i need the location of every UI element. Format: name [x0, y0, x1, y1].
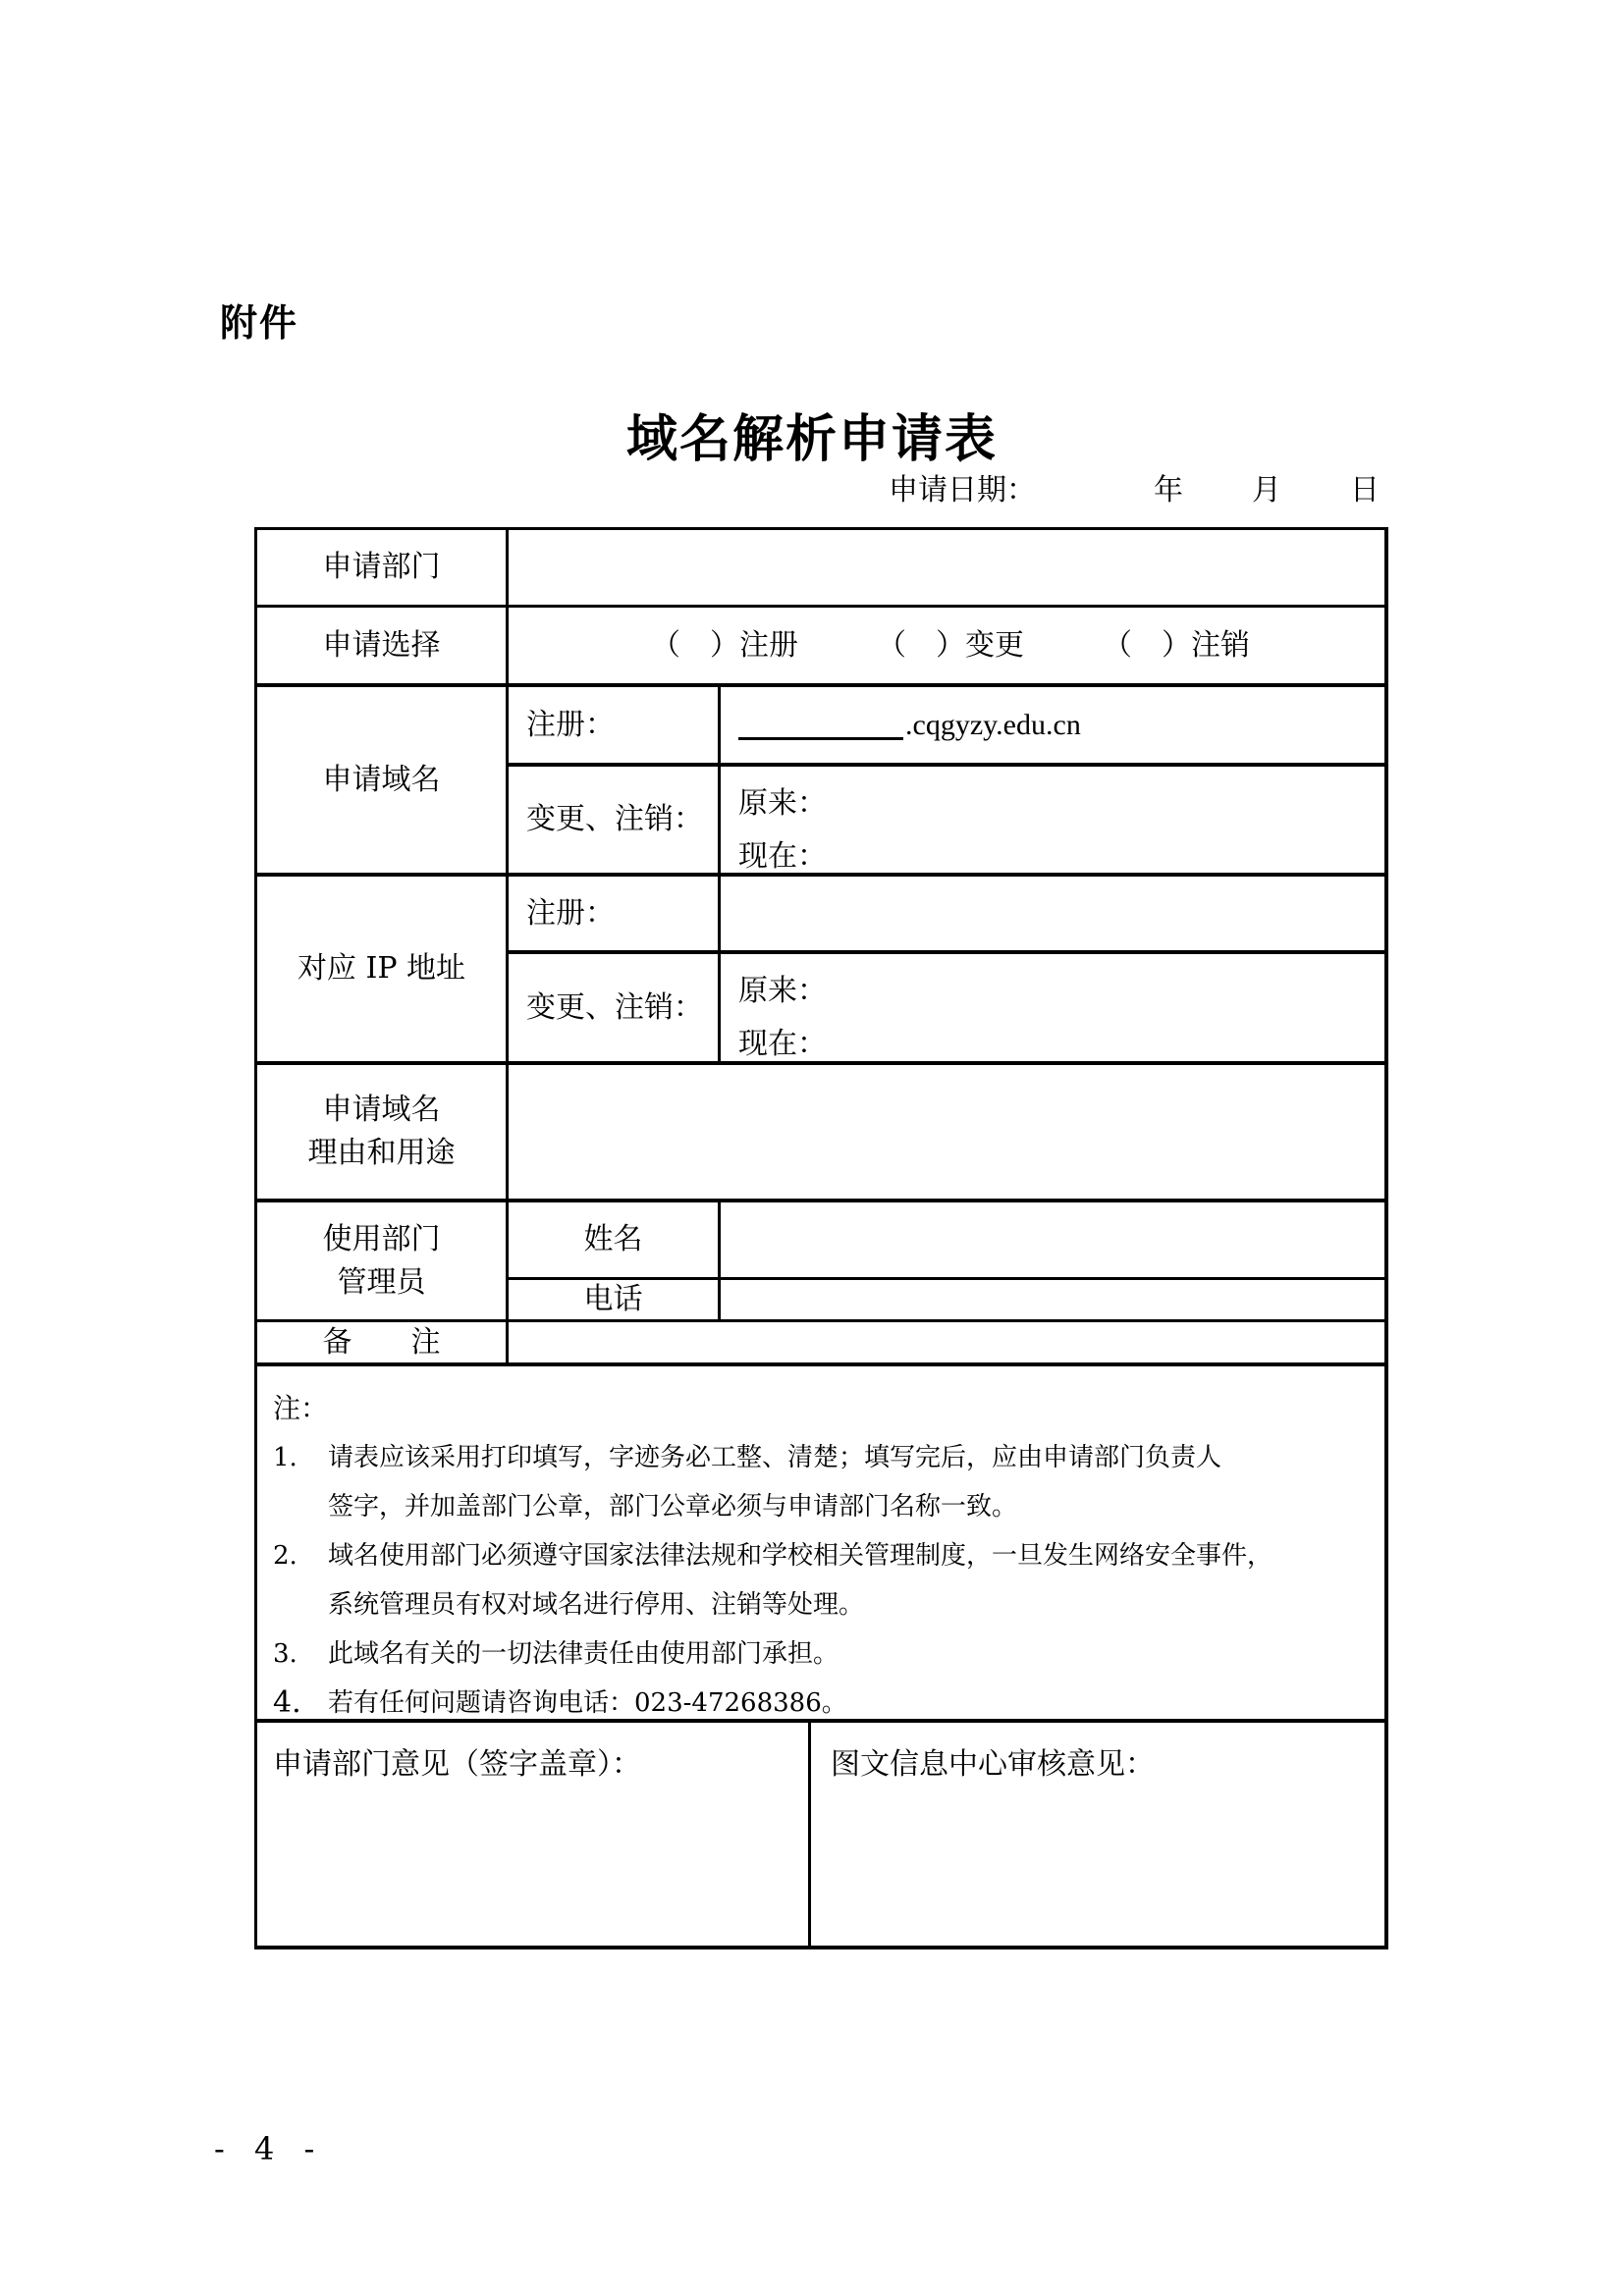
domain-register-field[interactable]: .cqgyzy.edu.cn	[721, 687, 1384, 763]
note-item-continuation: 签字，并加盖部门公章，部门公章必须与申请部门名称一致。	[273, 1482, 1382, 1531]
checkbox-register[interactable]: （ ）	[651, 628, 739, 663]
date-month-label: 月	[1252, 465, 1281, 508]
option-change[interactable]: （ ）变更	[877, 625, 1024, 667]
note-item: 4. 若有任何问题请咨询电话：023-47268386。	[273, 1679, 1382, 1728]
ip-change-label: 变更、注销：	[509, 954, 718, 1061]
admin-phone-field[interactable]	[721, 1280, 1384, 1319]
selection-options: （ ）注册 （ ）变更 （ ）注销	[509, 609, 1384, 683]
ip-register-field[interactable]	[721, 877, 1384, 950]
domain-label: 申请域名	[257, 687, 506, 873]
remark-field[interactable]	[509, 1323, 1384, 1362]
domain-suffix: .cqgyzy.edu.cn	[905, 705, 1081, 746]
row-divider	[254, 605, 1388, 608]
note-item-continuation: 系统管理员有权对域名进行停用、注销等处理。	[273, 1580, 1382, 1629]
form-title: 域名解析申请表	[0, 398, 1624, 471]
department-field[interactable]	[509, 530, 1384, 605]
department-opinion-label: 申请部门意见（签字盖章）：	[273, 1739, 641, 1783]
ip-current-label: 现在：	[738, 1018, 1377, 1071]
notes-section: 注： 1. 请表应该采用打印填写，字迹务必工整、清楚；填写完后，应由申请部门负责…	[273, 1384, 1382, 1728]
department-label: 申请部门	[257, 530, 506, 605]
admin-phone-label: 电话	[509, 1280, 718, 1319]
checkbox-change[interactable]: （ ）	[877, 628, 965, 663]
center-opinion-field[interactable]	[812, 1787, 1383, 1944]
subdomain-blank[interactable]	[738, 710, 903, 740]
checkbox-cancel[interactable]: （ ）	[1103, 628, 1191, 663]
note-item: 3. 此域名有关的一切法律责任由使用部门承担。	[273, 1629, 1382, 1679]
date-label: 申请日期：	[889, 465, 1036, 508]
center-opinion-label: 图文信息中心审核意见：	[831, 1739, 1155, 1783]
ip-change-field[interactable]: 原来： 现在：	[738, 965, 1377, 1071]
department-opinion-field[interactable]	[257, 1787, 807, 1944]
note-item: 2. 域名使用部门必须遵守国家法律法规和学校相关管理制度，一旦发生网络安全事件，	[273, 1531, 1382, 1580]
domain-current-label: 现在：	[738, 830, 1377, 883]
page-number: - 4 -	[214, 2130, 324, 2167]
remark-label: 备 注	[257, 1323, 506, 1362]
admin-name-field[interactable]	[721, 1202, 1384, 1277]
ip-label: 对应 IP 地址	[257, 877, 506, 1061]
option-cancel[interactable]: （ ）注销	[1103, 625, 1250, 667]
admin-label: 使用部门 管理员	[257, 1202, 506, 1320]
domain-change-label: 变更、注销：	[509, 767, 718, 873]
option-register[interactable]: （ ）注册	[651, 625, 798, 667]
domain-register-label: 注册：	[509, 687, 718, 763]
selection-label: 申请选择	[257, 609, 506, 683]
note-item: 1. 请表应该采用打印填写，字迹务必工整、清楚；填写完后，应由申请部门负责人	[273, 1433, 1382, 1482]
ip-register-label: 注册：	[509, 877, 718, 950]
row-divider	[254, 1946, 1388, 1949]
domain-original-label: 原来：	[738, 777, 1377, 830]
notes-heading: 注：	[273, 1384, 1382, 1433]
reason-label: 申请域名 理由和用途	[257, 1065, 506, 1199]
admin-name-label: 姓名	[509, 1202, 718, 1277]
attachment-label: 附件	[220, 293, 298, 347]
application-date: 申请日期：年月日	[889, 465, 1380, 508]
table-border-right	[1384, 527, 1388, 1949]
date-year-label: 年	[1154, 465, 1183, 508]
ip-original-label: 原来：	[738, 965, 1377, 1018]
column-divider	[808, 1720, 811, 1948]
date-day-label: 日	[1350, 465, 1380, 508]
reason-field[interactable]	[509, 1065, 1384, 1199]
domain-change-field[interactable]: 原来： 现在：	[738, 777, 1377, 883]
